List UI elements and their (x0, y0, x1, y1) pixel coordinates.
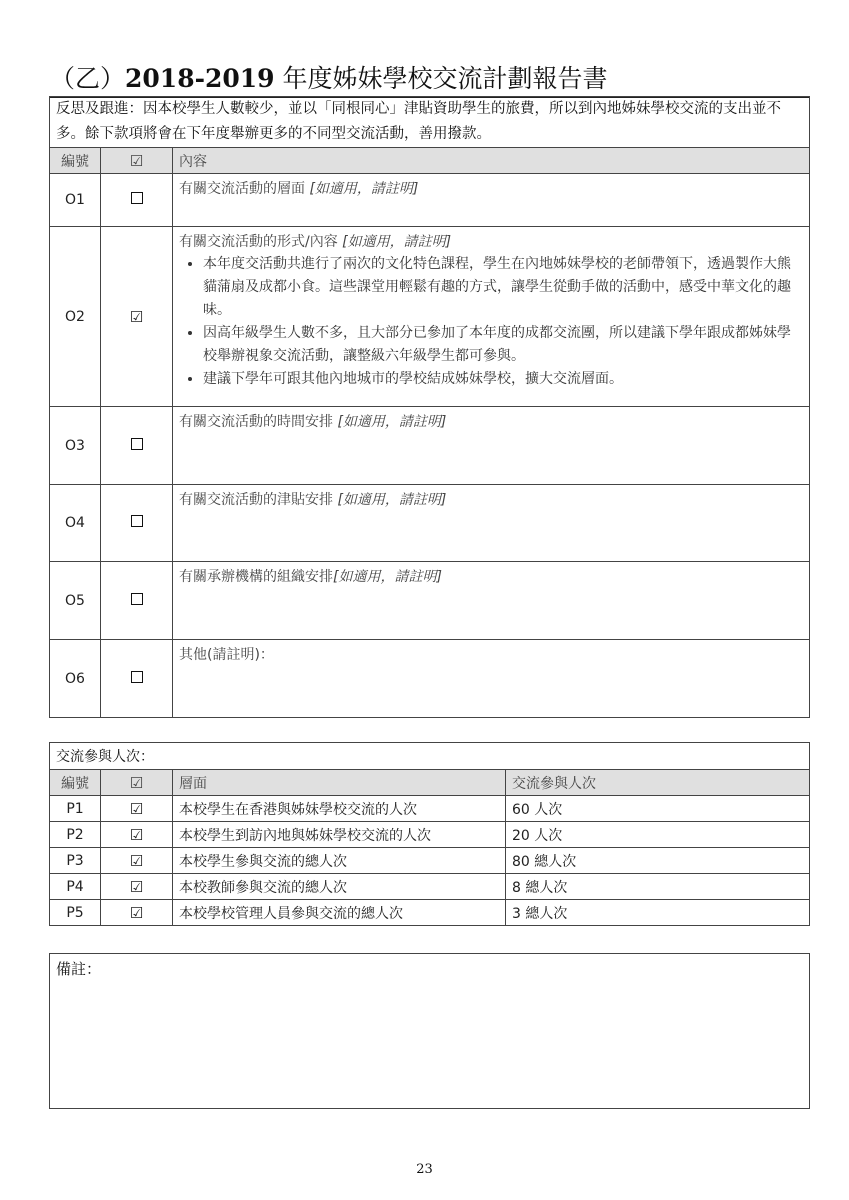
row-count: 60 人次 (506, 796, 810, 822)
row-label: 有關交流活動的層面 (179, 181, 309, 197)
row-label: 有關交流活動的形式/內容 (179, 234, 342, 250)
row-id: P1 (50, 796, 101, 822)
checkbox-unchecked[interactable] (101, 485, 173, 562)
row-id: O5 (50, 562, 101, 640)
row-note: [如適用，請註明] (337, 492, 446, 508)
bullet-item: 本年度交活動共進行了兩次的文化特色課程，學生在內地姊妹學校的老師帶領下，透過製作… (203, 253, 803, 322)
bullet-list: 本年度交活動共進行了兩次的文化特色課程，學生在內地姊妹學校的老師帶領下，透過製作… (179, 253, 803, 391)
table-row-o6: O6 其他(請註明)： (50, 640, 810, 718)
participation-title: 交流參與人次： (50, 743, 810, 770)
row-content: 有關交流活動的層面 [如適用，請註明] (173, 174, 810, 227)
exchange-report-table: 反思及跟進：因本校學生人數較少，並以「同根同心」津貼資助學生的旅費，所以到內地姊… (49, 96, 810, 718)
page-number: 23 (0, 1162, 849, 1177)
checkbox-icon (131, 438, 143, 450)
row-id: O4 (50, 485, 101, 562)
table-row-p2: P2 ☑ 本校學生到訪內地與姊妹學校交流的人次 20 人次 (50, 822, 810, 848)
row-label: 有關交流活動的時間安排 (179, 414, 337, 430)
checkbox-checked[interactable]: ☑ (101, 900, 173, 926)
page-title: （乙）2018-2019 年度姊妹學校交流計劃報告書 (50, 62, 810, 98)
row-id: O2 (50, 227, 101, 407)
reflection-row: 反思及跟進：因本校學生人數較少，並以「同根同心」津貼資助學生的旅費，所以到內地姊… (50, 97, 810, 148)
checkbox-checked[interactable]: ☑ (101, 822, 173, 848)
row-id: P3 (50, 848, 101, 874)
row-aspect: 本校學生在香港與姊妹學校交流的人次 (173, 796, 506, 822)
row-count: 80 總人次 (506, 848, 810, 874)
table-header: 編號 ☑ 層面 交流參與人次 (50, 770, 810, 796)
checkbox-unchecked[interactable] (101, 407, 173, 485)
header-id: 編號 (50, 770, 101, 796)
checkbox-icon (131, 192, 143, 204)
table-header: 編號 ☑ 內容 (50, 148, 810, 174)
header-check-icon: ☑ (101, 148, 173, 174)
checkbox-icon (131, 593, 143, 605)
row-id: O6 (50, 640, 101, 718)
participation-title-row: 交流參與人次： (50, 743, 810, 770)
title-suffix: 年度姊妹學校交流計劃報告書 (275, 64, 608, 93)
checkbox-unchecked[interactable] (101, 174, 173, 227)
title-prefix: （乙） (50, 64, 125, 93)
header-aspect: 層面 (173, 770, 506, 796)
checkbox-icon (131, 671, 143, 683)
row-id: O3 (50, 407, 101, 485)
table-row-o1: O1 有關交流活動的層面 [如適用，請註明] (50, 174, 810, 227)
checkbox-checked[interactable]: ☑ (101, 227, 173, 407)
header-count: 交流參與人次 (506, 770, 810, 796)
checkbox-unchecked[interactable] (101, 640, 173, 718)
checkbox-checked[interactable]: ☑ (101, 796, 173, 822)
row-aspect: 本校教師參與交流的總人次 (173, 874, 506, 900)
row-note: [如適用，請註明] (342, 234, 451, 250)
header-id: 編號 (50, 148, 101, 174)
row-aspect: 本校學校管理人員參與交流的總人次 (173, 900, 506, 926)
checkbox-checked[interactable]: ☑ (101, 874, 173, 900)
title-years: 2018-2019 (125, 64, 275, 93)
row-note: [如適用，請註明] (309, 181, 418, 197)
row-content: 有關交流活動的形式/內容 [如適用，請註明] 本年度交活動共進行了兩次的文化特色… (173, 227, 810, 407)
row-content: 有關交流活動的津貼安排 [如適用，請註明] (173, 485, 810, 562)
row-label: 其他(請註明)： (179, 647, 274, 663)
bullet-item: 建議下學年可跟其他內地城市的學校結成姊妹學校，擴大交流層面。 (203, 368, 803, 391)
notes-label: 備註： (56, 958, 101, 979)
checkbox-checked[interactable]: ☑ (101, 848, 173, 874)
row-count: 20 人次 (506, 822, 810, 848)
header-check-icon: ☑ (101, 770, 173, 796)
notes-box[interactable]: 備註： (49, 953, 810, 1109)
table-row-o4: O4 有關交流活動的津貼安排 [如適用，請註明] (50, 485, 810, 562)
table-row-p1: P1 ☑ 本校學生在香港與姊妹學校交流的人次 60 人次 (50, 796, 810, 822)
row-note: [如適用，請註明] (333, 569, 442, 585)
row-id: P2 (50, 822, 101, 848)
table-row-p5: P5 ☑ 本校學校管理人員參與交流的總人次 3 總人次 (50, 900, 810, 926)
table-row-p3: P3 ☑ 本校學生參與交流的總人次 80 總人次 (50, 848, 810, 874)
row-aspect: 本校學生到訪內地與姊妹學校交流的人次 (173, 822, 506, 848)
row-label: 有關交流活動的津貼安排 (179, 492, 337, 508)
row-content: 有關交流活動的時間安排 [如適用，請註明] (173, 407, 810, 485)
participation-table: 交流參與人次： 編號 ☑ 層面 交流參與人次 P1 ☑ 本校學生在香港與姊妹學校… (49, 742, 810, 926)
table-row-o3: O3 有關交流活動的時間安排 [如適用，請註明] (50, 407, 810, 485)
row-id: O1 (50, 174, 101, 227)
row-count: 8 總人次 (506, 874, 810, 900)
header-content: 內容 (173, 148, 810, 174)
row-count: 3 總人次 (506, 900, 810, 926)
checkbox-unchecked[interactable] (101, 562, 173, 640)
row-id: P4 (50, 874, 101, 900)
row-label: 有關承辦機構的組織安排 (179, 569, 333, 585)
checkbox-icon (131, 515, 143, 527)
table-row-o5: O5 有關承辦機構的組織安排[如適用，請註明] (50, 562, 810, 640)
table-row-o2: O2 ☑ 有關交流活動的形式/內容 [如適用，請註明] 本年度交活動共進行了兩次… (50, 227, 810, 407)
row-content: 有關承辦機構的組織安排[如適用，請註明] (173, 562, 810, 640)
row-aspect: 本校學生參與交流的總人次 (173, 848, 506, 874)
reflection-text: 反思及跟進：因本校學生人數較少，並以「同根同心」津貼資助學生的旅費，所以到內地姊… (50, 97, 810, 148)
table-row-p4: P4 ☑ 本校教師參與交流的總人次 8 總人次 (50, 874, 810, 900)
row-note: [如適用，請註明] (337, 414, 446, 430)
row-id: P5 (50, 900, 101, 926)
bullet-item: 因高年級學生人數不多，且大部分已參加了本年度的成都交流團，所以建議下學年跟成都姊… (203, 322, 803, 368)
row-content: 其他(請註明)： (173, 640, 810, 718)
